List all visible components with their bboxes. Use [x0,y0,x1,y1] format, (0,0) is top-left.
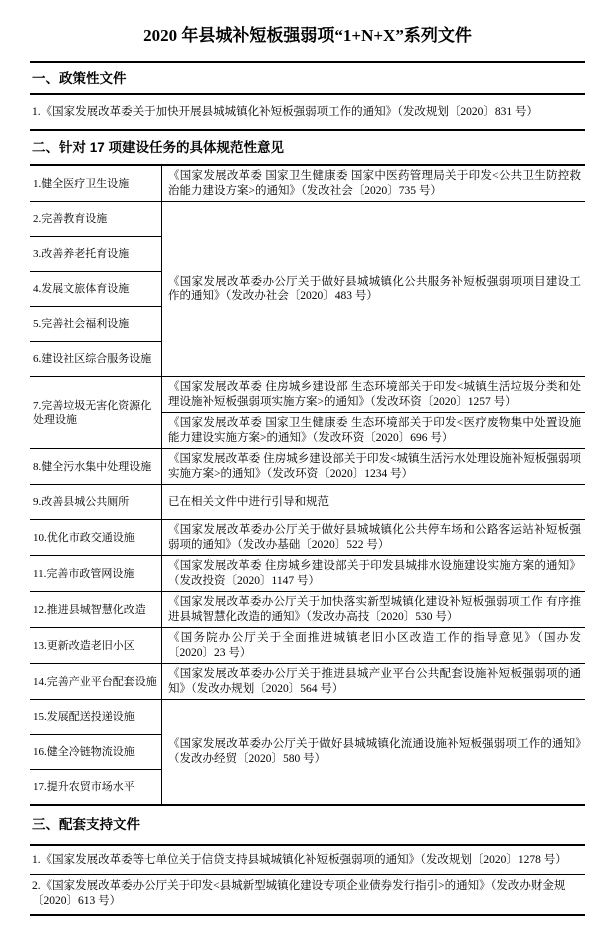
doc-cell: 《国家发展改革委 住房城乡建设部关于印发县城排水设施建设实施方案的通知》（发改投… [162,556,586,592]
doc-cell: 《国家发展改革委办公厅关于做好县城城镇化流通设施补短板强弱项工作的通知》（发改办… [162,700,586,805]
task-table: 1.健全医疗卫生设施 《国家发展改革委 国家卫生健康委 国家中医药管理局关于印发… [30,164,585,806]
table-row: 2.完善教育设施 《国家发展改革委办公厅关于做好县城城镇化公共服务补短板强弱项项… [30,202,585,237]
task-cell: 5.完善社会福利设施 [30,307,162,342]
task-cell: 1.健全医疗卫生设施 [30,165,162,202]
table-row: 15.发展配送投递设施 《国家发展改革委办公厅关于做好县城城镇化流通设施补短板强… [30,700,585,735]
doc-cell: 《国家发展改革委 住房城乡建设部关于印发<城镇生活污水处理设施补短板强弱项实施方… [162,449,586,485]
task-cell: 7.完善垃圾无害化资源化处理设施 [30,377,162,449]
table-row: 13.更新改造老旧小区 《国务院办公厅关于全面推进城镇老旧小区改造工作的指导意见… [30,628,585,664]
task-cell: 15.发展配送投递设施 [30,700,162,735]
doc-cell: 《国家发展改革委办公厅关于做好县城城镇化公共停车场和公路客运站补短板强弱项的通知… [162,520,586,556]
table-row: 8.健全污水集中处理设施 《国家发展改革委 住房城乡建设部关于印发<城镇生活污水… [30,449,585,485]
task-cell: 6.建设社区综合服务设施 [30,342,162,377]
section-3-heading: 三、配套支持文件 [30,806,585,846]
doc-cell: 《国家发展改革委办公厅关于推进县城产业平台公共配套设施补短板强弱项的通知》（发改… [162,664,586,700]
table-row: 10.优化市政交通设施 《国家发展改革委办公厅关于做好县城城镇化公共停车场和公路… [30,520,585,556]
section-1-heading: 一、政策性文件 [30,61,585,95]
task-cell: 16.健全冷链物流设施 [30,735,162,770]
task-cell: 10.优化市政交通设施 [30,520,162,556]
task-cell: 13.更新改造老旧小区 [30,628,162,664]
document-page: 2020 年县城补短板强弱项“1+N+X”系列文件 一、政策性文件 1.《国家发… [0,0,616,936]
doc-cell: 已在相关文件中进行引导和规范 [162,485,586,520]
task-cell: 8.健全污水集中处理设施 [30,449,162,485]
task-cell: 2.完善教育设施 [30,202,162,237]
doc-cell: 《国家发展改革委 住房城乡建设部 生态环境部关于印发<城镇生活垃圾分类和处理设施… [162,377,586,413]
section-2-heading: 二、针对 17 项建设任务的具体规范性意见 [30,131,585,164]
section-1-item-1: 1.《国家发展改革委关于加快开展县城城镇化补短板强弱项工作的通知》（发改规划〔2… [30,95,585,131]
section-3-item-1: 1.《国家发展改革委等七单位关于信贷支持县城城镇化补短板强弱项的通知》（发改规划… [30,846,585,875]
table-row: 9.改善县城公共厕所 已在相关文件中进行引导和规范 [30,485,585,520]
task-cell: 9.改善县城公共厕所 [30,485,162,520]
task-cell: 12.推进县城智慧化改造 [30,592,162,628]
table-row: 11.完善市政管网设施 《国家发展改革委 住房城乡建设部关于印发县城排水设施建设… [30,556,585,592]
doc-cell: 《国家发展改革委 国家卫生健康委 生态环境部关于印发<医疗废物集中处置设施能力建… [162,413,586,449]
task-cell: 17.提升农贸市场水平 [30,770,162,805]
table-row: 14.完善产业平台配套设施 《国家发展改革委办公厅关于推进县城产业平台公共配套设… [30,664,585,700]
task-cell: 4.发展文旅体育设施 [30,272,162,307]
page-title: 2020 年县城补短板强弱项“1+N+X”系列文件 [30,26,585,46]
task-cell: 11.完善市政管网设施 [30,556,162,592]
doc-cell: 《国家发展改革委办公厅关于加快落实新型城镇化建设补短板强弱项工作 有序推进县城智… [162,592,586,628]
section-3-item-2: 2.《国家发展改革委办公厅关于印发<县城新型城镇化建设专项企业债券发行指引>的通… [30,875,585,916]
table-row: 1.健全医疗卫生设施 《国家发展改革委 国家卫生健康委 国家中医药管理局关于印发… [30,165,585,202]
doc-cell: 《国务院办公厅关于全面推进城镇老旧小区改造工作的指导意见》（国办发〔2020〕2… [162,628,586,664]
table-row: 7.完善垃圾无害化资源化处理设施 《国家发展改革委 住房城乡建设部 生态环境部关… [30,377,585,413]
doc-cell: 《国家发展改革委 国家卫生健康委 国家中医药管理局关于印发<公共卫生防控救治能力… [162,165,586,202]
table-row: 12.推进县城智慧化改造 《国家发展改革委办公厅关于加快落实新型城镇化建设补短板… [30,592,585,628]
doc-cell: 《国家发展改革委办公厅关于做好县城城镇化公共服务补短板强弱项项目建设工作的通知》… [162,202,586,377]
task-cell: 14.完善产业平台配套设施 [30,664,162,700]
task-cell: 3.改善养老托育设施 [30,237,162,272]
